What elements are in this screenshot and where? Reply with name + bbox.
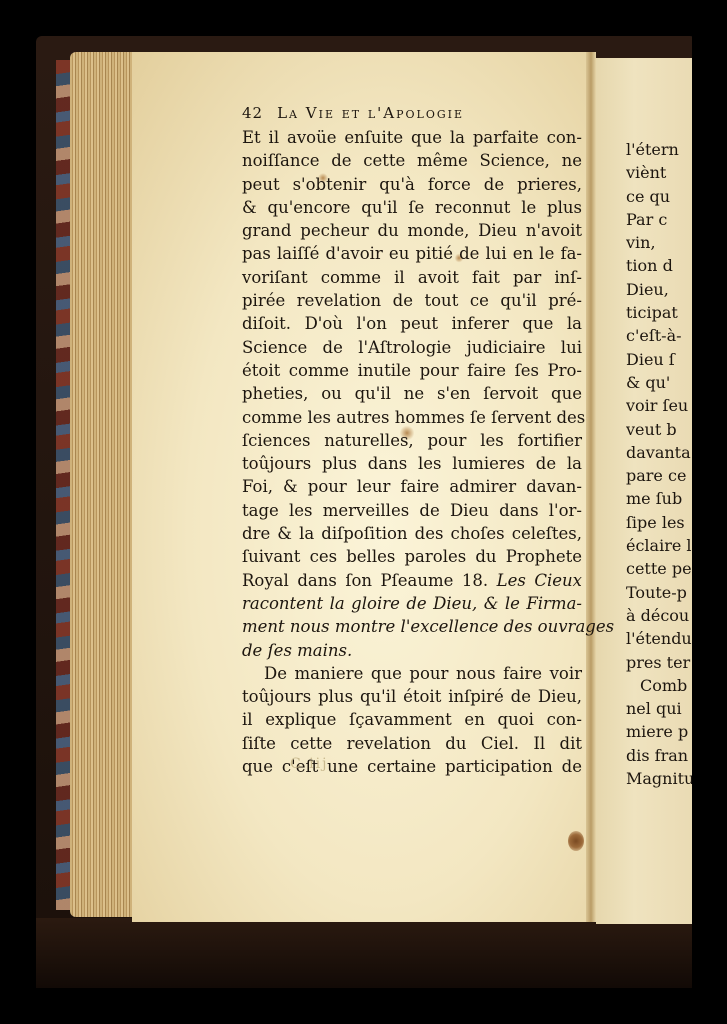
italic-quotation-line: racontent la gloire de Dieu, & le Firma- [242, 592, 582, 615]
running-head-title: La Vie et l'Apologie [277, 100, 464, 126]
text-line: il explique ſçavamment en quoi con- [242, 708, 582, 731]
text-line: étoit comme inutile pour faire ſes Pro- [242, 359, 582, 382]
text-line: diſoit. D'où l'on peut inferer que la [242, 312, 582, 335]
text-line: tage les merveilles de Dieu dans l'or- [242, 499, 582, 522]
text-line: Science de l'Aſtrologie judiciaire lui [242, 336, 582, 359]
signature-mark-bleedthrough: C iij [290, 756, 328, 772]
text-line: comme les autres hommes ſe ſervent des [242, 406, 582, 429]
text-line: & qu' [626, 371, 692, 394]
left-page-text: 42 La Vie et l'Apologie Et il avoüe enſu… [242, 100, 582, 778]
paragraph-first-line: De maniere que pour nous faire voir [242, 662, 582, 685]
text-line: ſipe les [626, 511, 692, 534]
text-line: davanta [626, 441, 692, 464]
text-line: dis fran [626, 744, 692, 767]
text-line: pare ce [626, 464, 692, 487]
text-line: peut s'obtenir qu'à force de prieres, [242, 173, 582, 196]
text-line: vin, [626, 231, 692, 254]
black-border-right [692, 0, 727, 1024]
text-line: pheties, ou qu'il ne s'en ſervoit que [242, 382, 582, 405]
page-fore-edge [70, 52, 132, 917]
text-line: dre & la diſpoſition des choſes celeſtes… [242, 522, 582, 545]
text-line: tion d [626, 254, 692, 277]
italic-quotation: Les Cieux [497, 571, 582, 590]
paragraph-first-line: Comb [626, 674, 692, 697]
text-line: ſciences naturelles, pour les fortifier [242, 429, 582, 452]
running-head: 42 La Vie et l'Apologie [242, 100, 582, 126]
text-line: Et il avoüe enſuite que la parfaite con- [242, 126, 582, 149]
book-photograph: 42 La Vie et l'Apologie Et il avoüe enſu… [0, 0, 727, 1024]
text-line: & qu'encore qu'il ſe reconnut le plus [242, 196, 582, 219]
text-line: pas laiſſé d'avoir eu pitié de lui en le… [242, 242, 582, 265]
text-line: ticipat [626, 301, 692, 324]
text-line: à décou [626, 604, 692, 627]
text-line: ſuivant ces belles paroles du Prophete [242, 545, 582, 568]
text-line: me ſub [626, 487, 692, 510]
text-line: Magnitu [626, 767, 692, 790]
text-line: l'étendu [626, 627, 692, 650]
text-line: toûjours plus qu'il étoit inſpiré de Die… [242, 685, 582, 708]
text-line: c'eſt-à- [626, 324, 692, 347]
cover-lower-edge [36, 918, 696, 988]
text-line: l'étern [626, 138, 692, 161]
foxing-stain [568, 831, 584, 851]
text-line: toûjours plus dans les lumieres de la [242, 452, 582, 475]
text-line: voriſant comme il avoit fait par inſ- [242, 266, 582, 289]
text-line: viènt [626, 161, 692, 184]
text-line: grand pecheur du monde, Dieu n'avoit [242, 219, 582, 242]
text-line: veut b [626, 418, 692, 441]
text-line: voir ſeu [626, 394, 692, 417]
text-line: Dieu, [626, 278, 692, 301]
text-line-mixed: Royal dans ſon Pſeaume 18. Les Cieux [242, 569, 582, 592]
text-line: pres ter [626, 651, 692, 674]
book-gutter [586, 52, 596, 922]
roman-text: Royal dans ſon Pſeaume 18. [242, 571, 497, 590]
text-line: nel qui [626, 697, 692, 720]
right-page-text: l'étern viènt ce qu Par c vin, tion d Di… [626, 138, 692, 790]
text-line: Par c [626, 208, 692, 231]
italic-quotation-line: ment nous montre l'excellence des ouvrag… [242, 615, 582, 638]
italic-quotation-line: de ſes mains. [242, 639, 582, 662]
text-line: noiſſance de cette même Science, ne [242, 149, 582, 172]
text-line: cette pe [626, 557, 692, 580]
text-line: miere p [626, 720, 692, 743]
text-line: ſiſte cette revelation du Ciel. Il dit [242, 732, 582, 755]
text-line: éclaire l [626, 534, 692, 557]
text-line: Foi, & pour leur faire admirer davan- [242, 475, 582, 498]
text-line: Toute-p [626, 581, 692, 604]
page-number: 42 [242, 100, 263, 126]
text-line: ce qu [626, 185, 692, 208]
text-line: Dieu ſ [626, 348, 692, 371]
black-border-bottom [0, 988, 727, 1024]
text-line: pirée revelation de tout ce qu'il pré- [242, 289, 582, 312]
